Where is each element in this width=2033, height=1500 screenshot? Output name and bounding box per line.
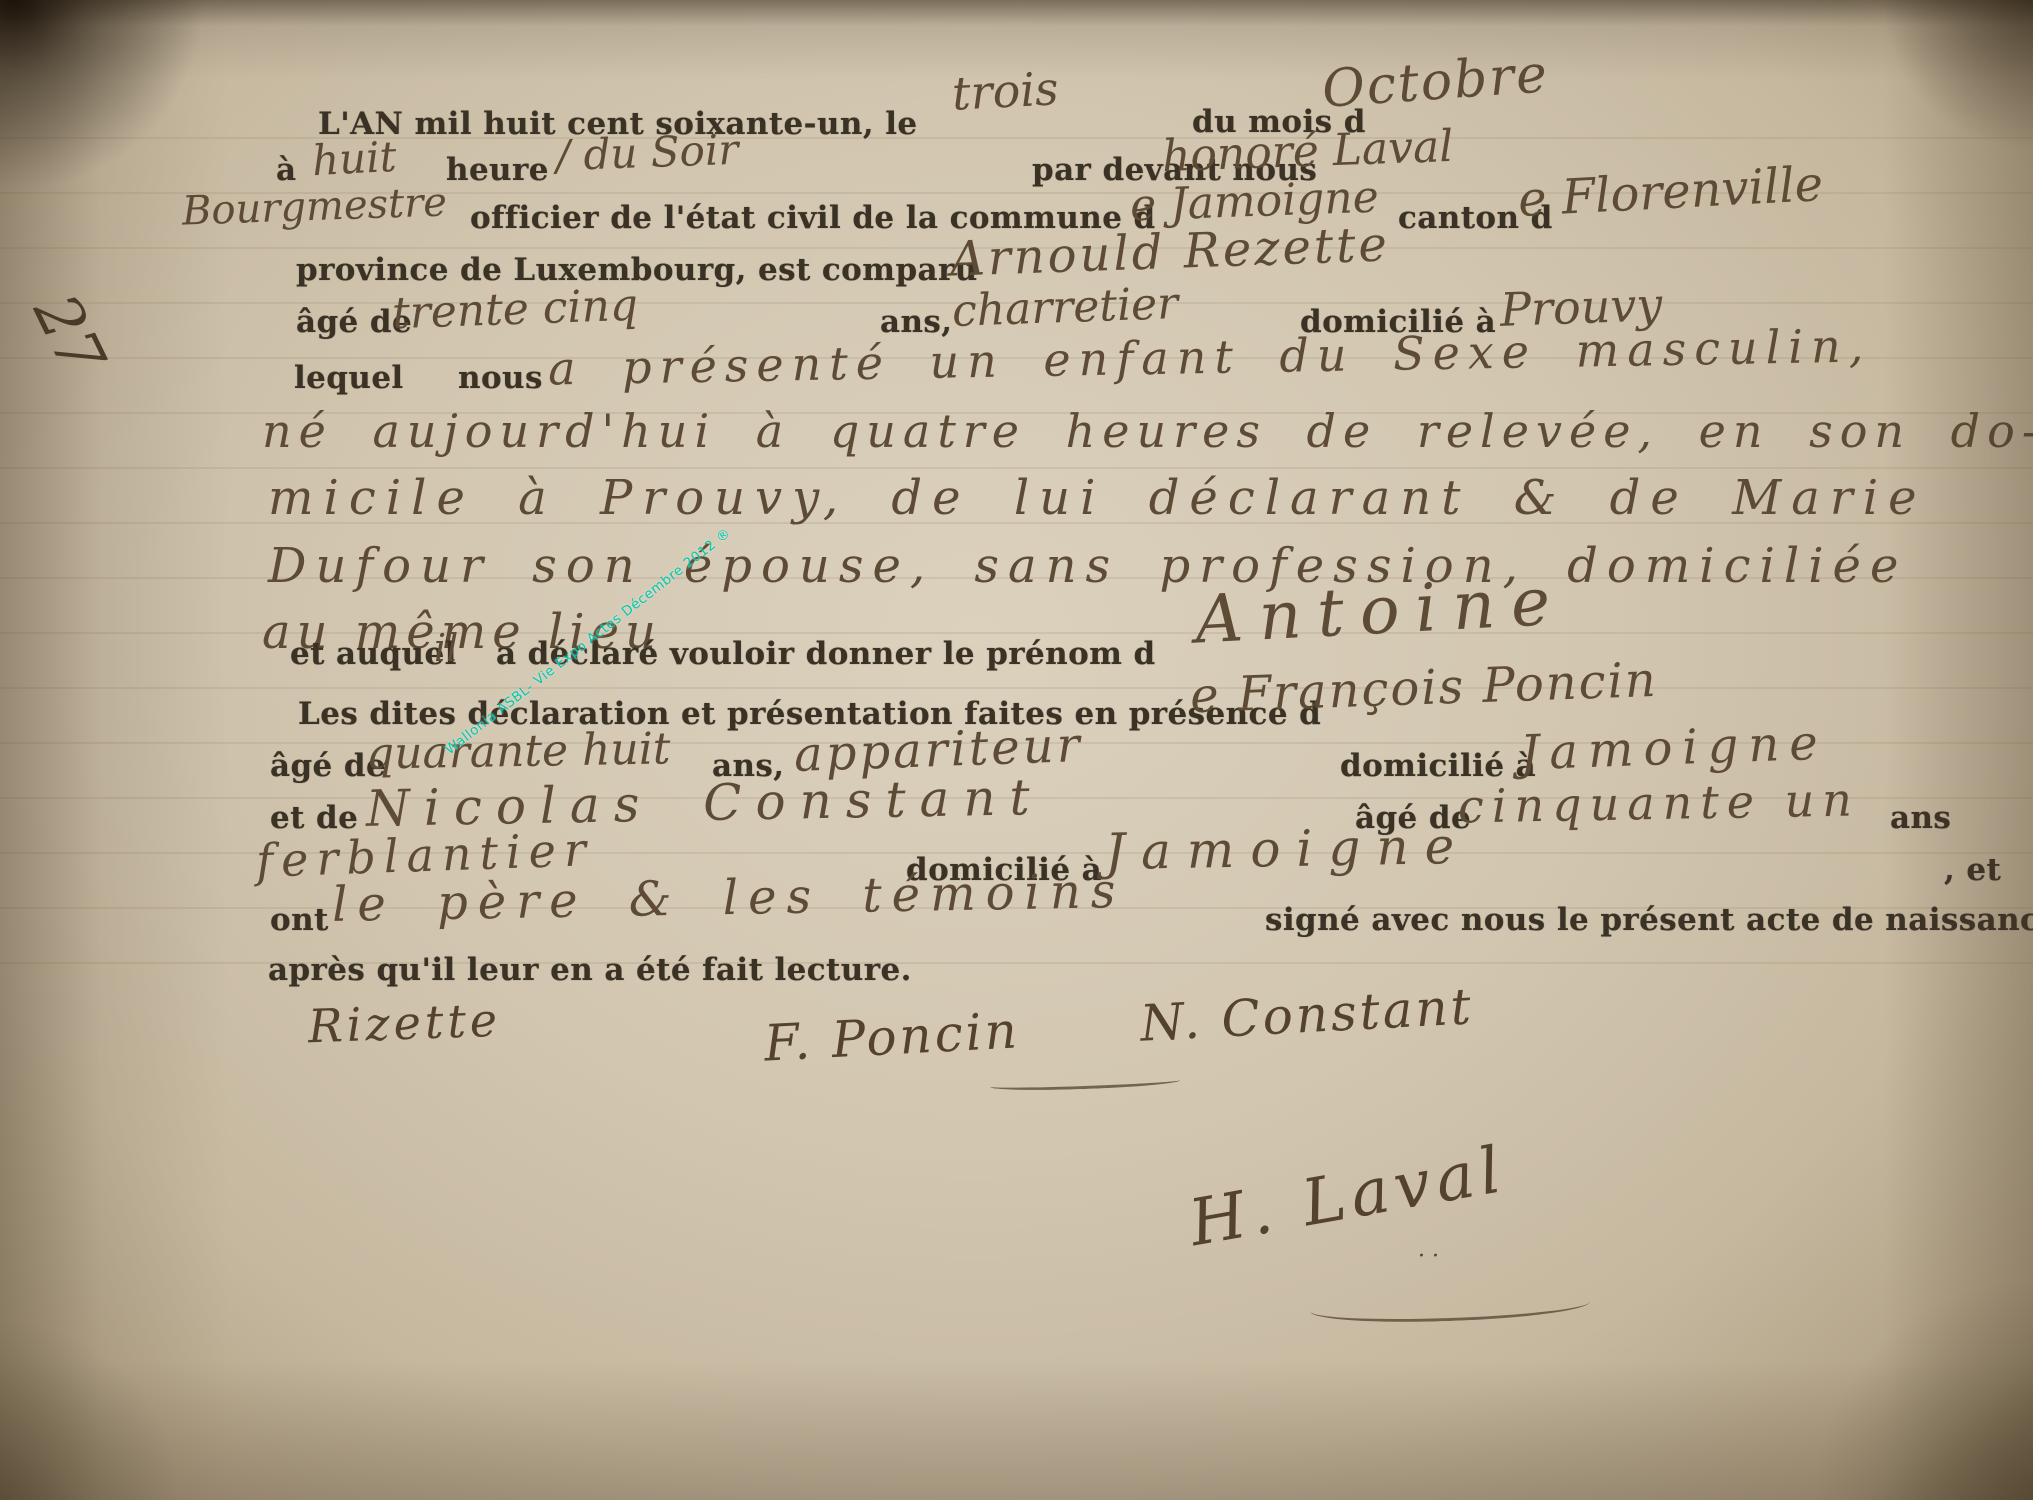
printed-lequel: lequel	[294, 360, 404, 396]
hand-witness1-domicile: Jamoigne	[1519, 715, 1828, 782]
signature-officer-dots: · ·	[1418, 1244, 1439, 1269]
printed-ans-3: ans	[1890, 800, 1951, 836]
printed-virgule-et: , et	[1944, 852, 2001, 888]
hand-witness2-age: cinquante un	[1458, 772, 1861, 833]
printed-lecture: après qu'il leur en a été fait lecture.	[268, 952, 912, 988]
printed-ont: ont	[270, 902, 329, 938]
signature-witness2: N. Constant	[1139, 977, 1475, 1052]
printed-et-auquel: et auquel	[290, 636, 457, 672]
hand-officer-title: Bourgmestre	[181, 179, 447, 234]
signature-father: Rizette	[307, 993, 502, 1054]
hand-body-line-3: micile à Prouvy, de lui déclarant & de M…	[268, 470, 1927, 526]
hand-declarant-profession: charretier	[951, 278, 1179, 337]
hand-witness2-domicile: Jamoigne	[1105, 817, 1471, 881]
printed-signe-avec: signé avec nous le présent acte de naiss…	[1265, 902, 2033, 938]
printed-heure: heure	[446, 152, 549, 188]
hand-body-line-2: né aujourd'hui à quatre heures de relevé…	[262, 404, 2033, 458]
hand-hour: huit	[311, 132, 398, 185]
printed-nous: nous	[458, 360, 543, 396]
signature-officer-flourish	[1310, 1287, 1591, 1326]
printed-a: à	[276, 152, 297, 188]
signature-witness1: F. Poncin	[763, 1001, 1021, 1072]
hand-declarant-age: trente cinq	[391, 280, 639, 340]
signature-witness1-flourish	[990, 1075, 1180, 1093]
hand-il: il	[434, 626, 458, 670]
hand-day: trois	[951, 61, 1060, 120]
signature-officer: H. Laval	[1184, 1133, 1512, 1261]
birth-register-page-photo: 27 L'AN mil huit cent soixante-un, le tr…	[0, 0, 2033, 1500]
hand-officer-name: honoré Laval	[1161, 121, 1454, 182]
hand-witness1-age: quarante huit	[366, 723, 671, 779]
hand-body-line-4: Dufour son épouse, sans profession, domi…	[268, 538, 1907, 594]
hand-time-of-day: / du Soir	[555, 125, 739, 180]
